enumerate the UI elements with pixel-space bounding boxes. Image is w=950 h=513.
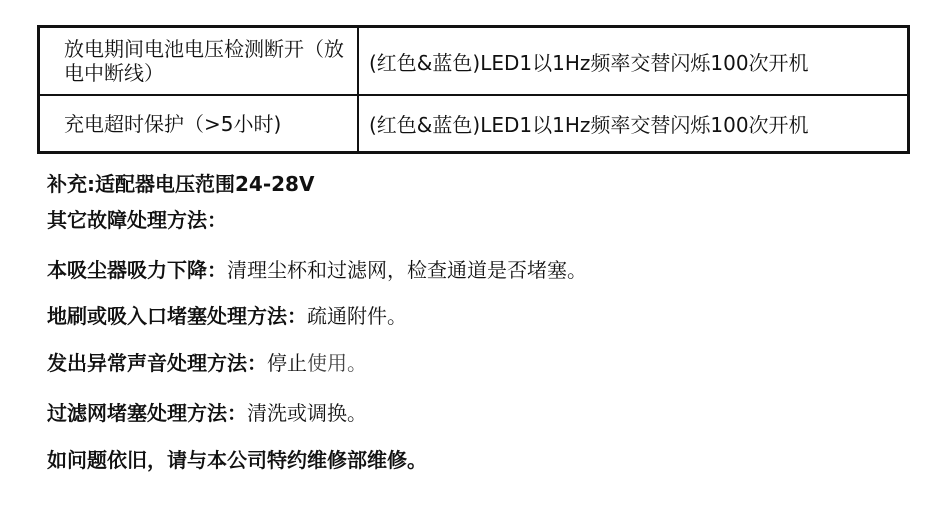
fault-label: 发出异常声音处理方法： [47,351,267,375]
fault-item: 本吸尘器吸力下降：清理尘杯和过滤网，检查通道是否堵塞。 [47,254,587,283]
table-row: 放电期间电池电压检测断开（放电中断线） (红色&蓝色)LED1以1Hz频率交替闪… [39,27,909,96]
fault-label: 地刷或吸入口堵塞处理方法： [47,304,307,328]
fault-remedy: 停止 [267,351,307,375]
fault-label: 过滤网堵塞处理方法： [47,401,247,425]
fault-item: 过滤网堵塞处理方法：清洗或调换。 [47,397,367,426]
fault-item: 地刷或吸入口堵塞处理方法：疏通附件。 [47,300,407,329]
other-methods-heading: 其它故障处理方法： [47,204,227,233]
supplement-note: 补充:适配器电压范围24-28V [47,168,314,197]
condition-cell: 放电期间电池电压检测断开（放电中断线） [39,27,359,96]
closing-note: 如问题依旧，请与本公司特约维修部维修。 [47,444,427,473]
indication-cell: (红色&蓝色)LED1以1Hz频率交替闪烁100次开机 [358,27,909,96]
fault-item: 发出异常声音处理方法：停止使用。 [47,347,367,376]
condition-cell: 充电超时保护（>5小时) [39,95,359,153]
fault-remedy: 疏通附件。 [307,304,407,328]
fault-remedy: 清理尘杯和过滤网，检查通道是否堵塞。 [227,258,587,282]
table-row: 充电超时保护（>5小时) (红色&蓝色)LED1以1Hz频率交替闪烁100次开机 [39,95,909,153]
fault-label: 本吸尘器吸力下降： [47,258,227,282]
fault-remedy-light: 使用。 [307,351,367,375]
indication-cell: (红色&蓝色)LED1以1Hz频率交替闪烁100次开机 [358,95,909,153]
fault-table: 放电期间电池电压检测断开（放电中断线） (红色&蓝色)LED1以1Hz频率交替闪… [37,25,910,154]
fault-remedy: 清洗或调换。 [247,401,367,425]
